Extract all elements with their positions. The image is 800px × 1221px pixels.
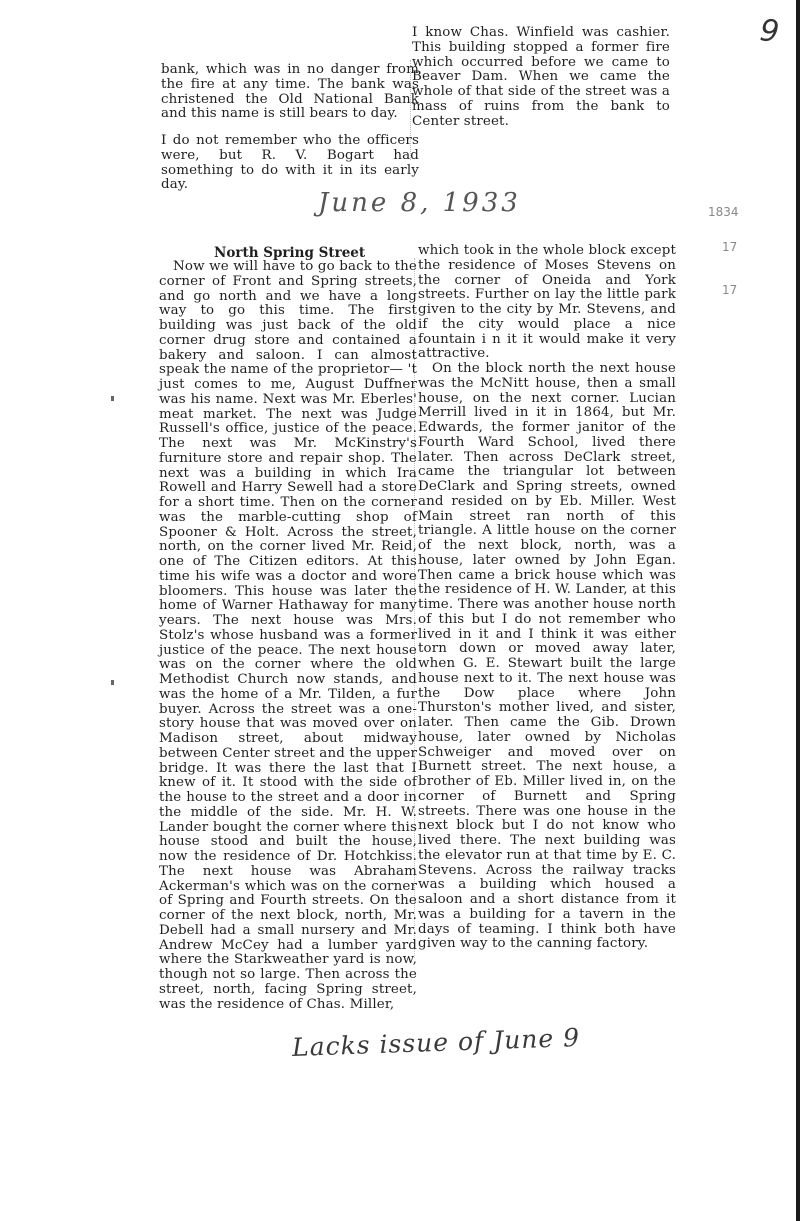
continued-column-right: I know Chas. Winfield was cashier. This …	[412, 26, 670, 129]
article-column-left: Now we will have to go back to the corne…	[159, 260, 417, 1012]
article-column-right: which took in the whole block except the…	[418, 244, 676, 952]
handwritten-page-number: 9	[758, 13, 781, 50]
paragraph: I know Chas. Winfield was cashier. This …	[412, 26, 670, 129]
paragraph: I do not remember who the officers were,…	[161, 134, 419, 193]
scan-speck	[111, 396, 114, 401]
continued-column-left: bank, which was in no danger from the fi…	[161, 63, 419, 193]
handwritten-note: Lacks issue of June 9	[292, 1023, 581, 1062]
scan-speck	[111, 680, 114, 685]
margin-mark: 1834	[708, 205, 739, 219]
paragraph: On the block north the next house was th…	[418, 362, 676, 952]
paragraph: Now we will have to go back to the corne…	[159, 260, 417, 1012]
margin-mark: 17	[722, 240, 737, 254]
margin-mark: 17	[722, 283, 737, 297]
paragraph: bank, which was in no danger from the fi…	[161, 63, 419, 122]
handwritten-date: June 8, 1933	[318, 188, 521, 218]
scan-edge-border	[796, 0, 800, 1221]
paragraph: which took in the whole block except the…	[418, 244, 676, 362]
